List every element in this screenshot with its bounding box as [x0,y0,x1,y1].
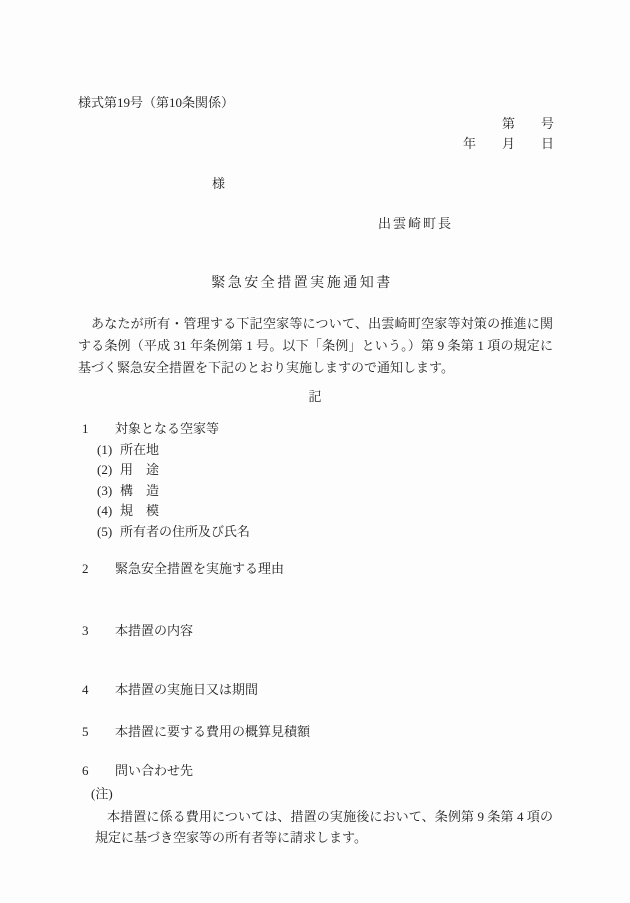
note-label: (注) [91,787,113,800]
recipient-honorific: 様 [212,177,225,190]
item-2-label: 緊急安全措置を実施する理由 [115,561,284,576]
item-6-label: 問い合わせ先 [115,763,193,778]
item-3-number: 3 [82,624,115,637]
note-paragraph: 本措置に係る費用については、措置の実施後において、条例第 9 条第 4 項の規定… [95,806,553,848]
item-3-label: 本措置の内容 [115,623,193,638]
item-6-number: 6 [82,764,115,777]
body-paragraph: あなたが所有・管理する下記空家等について、出雲崎町空家等対策の推進に関する条例（… [78,313,553,379]
item-3: 3本措置の内容 [69,611,193,650]
item-5: 5本措置に要する費用の概算見積額 [69,712,310,751]
date-line: 年 月 日 [463,137,554,150]
item-2: 2緊急安全措置を実施する理由 [69,549,284,588]
subitem-5-label: 所有者の住所及び氏名 [120,524,250,539]
form-number: 様式第19号（第10条関係） [78,96,234,109]
subitem-5: (5)所有者の住所及び氏名 [84,512,250,551]
ki-marker: 記 [0,390,630,403]
subitem-5-number: (5) [97,525,120,538]
item-6: 6問い合わせ先 [69,751,193,790]
item-4-number: 4 [82,683,115,696]
item-5-label: 本措置に要する費用の概算見積額 [115,724,310,739]
doc-number-line: 第 号 [502,117,554,130]
item-4-label: 本措置の実施日又は期間 [115,682,258,697]
document-title: 緊急安全措置実施通知書 [0,277,604,291]
item-2-number: 2 [82,562,115,575]
item-5-number: 5 [82,725,115,738]
sender-name: 出雲崎町長 [378,217,453,230]
document-page: 様式第19号（第10条関係） 第 号 年 月 日 様 出雲崎町長 緊急安全措置実… [0,0,630,903]
item-4: 4本措置の実施日又は期間 [69,670,258,709]
